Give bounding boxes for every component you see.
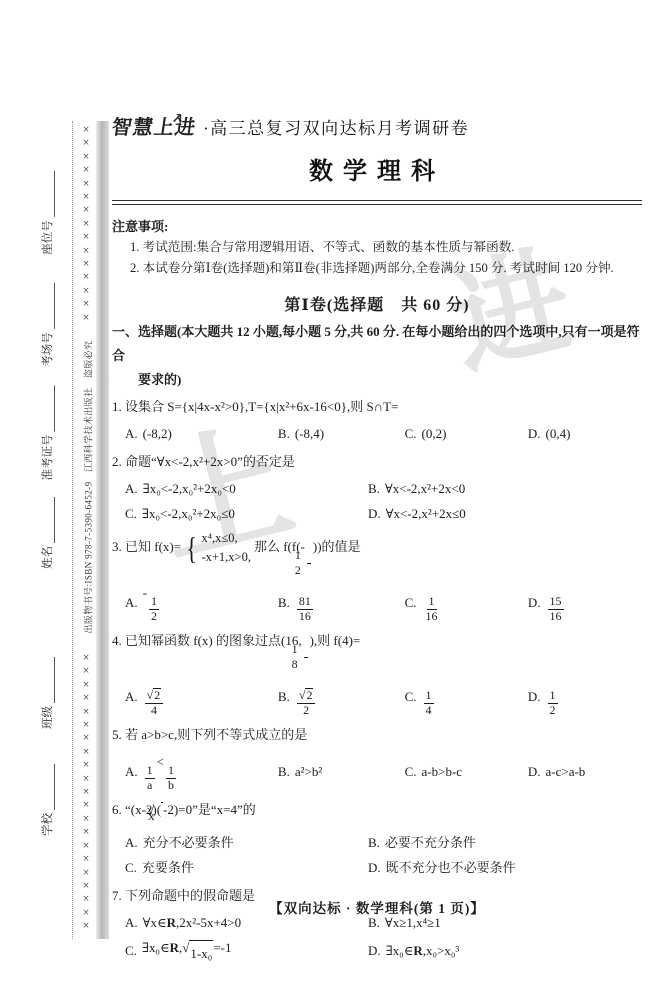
main-content: 智慧上进 ↗ ·高三总复习双向达标月考调研卷 数学理科 注意事项: 1. 考试范… [112,112,642,969]
question-stem: 3. 已知 f(x)={x⁴,x≤0,-x+1,x>0,那么 f(f(-12))… [112,529,642,579]
field-座位号: 座位号 [39,171,55,255]
brand-logo-text: 智慧上进 [110,112,198,142]
option-label: B. [368,476,380,501]
option-A: A.(-8,2) [125,421,278,446]
option-label: A. [125,759,138,784]
fraction: 116 [424,595,440,624]
cross-mark: × [79,151,93,164]
option-label: D. [528,590,541,615]
options-grid: A.√24B.√22C.14D.12 [112,674,642,719]
sqrt-radical: √2 [299,688,314,703]
sqrt-radical: √1-x₀ [182,940,213,966]
cross-mark: × [79,137,93,150]
option-text: ∃x₀<-2,x₀²+2x₀<0 [143,476,236,501]
fraction: 8116 [297,595,313,624]
option-label: B. [278,759,290,784]
option-C: C.(0,2) [405,421,528,446]
question-2: 2. 命题“∀x<-2,x²+2x>0”的否定是A.∃x₀<-2,x₀²+2x₀… [112,449,642,526]
field-label: 班级 [39,706,55,729]
cross-mark: × [79,920,93,933]
option-label: D. [528,759,541,784]
option-text: 116 [422,580,442,625]
field-学校: 学校 [39,764,55,836]
cut-marks-column-top: ××××××××××××××× [79,124,93,325]
option-text: (0,2) [422,421,447,446]
option-D: D.12 [528,674,642,719]
field-考场号: 考场号 [39,283,55,367]
subject-title: 数学理科 [112,151,642,186]
fraction: 12 [149,595,159,624]
option-text: ∀x<-2,x²+2x≤0 [386,501,466,526]
cross-mark: × [79,853,93,866]
fill-in-blank [41,764,55,810]
section-title: 第Ⅰ卷(选择题 共 60 分) [112,292,642,315]
cross-mark: × [79,191,93,204]
option-text: 14 [422,674,436,719]
notice-title: 注意事项: [112,217,642,237]
option-text: 1516 [546,580,566,625]
exam-series-title: ·高三总复习双向达标月考调研卷 [203,114,469,144]
field-准考证号: 准考证号 [39,386,55,481]
options-grid: A.1a<1bB.a²>b²C.a-b>b-cD.a-c>a-b [112,749,642,794]
fill-in-blank [41,171,55,217]
option-label: D. [368,855,381,880]
option-A: A.充分不必要条件 [125,830,368,855]
option-text: 12 [546,674,560,719]
field-label: 学校 [39,813,55,836]
cross-mark: × [79,285,93,298]
cross-mark: × [79,773,93,786]
option-D: D.(0,4) [528,421,642,446]
fill-in-blank [41,386,55,432]
cross-mark: × [79,746,93,759]
option-C: C.116 [405,580,528,625]
option-text: (-8,4) [295,421,324,446]
question-stem: 4. 已知幂函数 f(x) 的图象过点(16,18),则 f(4)= [112,628,642,673]
cross-mark: × [79,218,93,231]
field-班级: 班级 [39,657,55,729]
field-姓名: 姓名 [39,497,55,569]
option-label: A. [125,684,138,709]
section-instructions-line1: 一、选择题(本大题共 12 小题,每小题 5 分,共 60 分. 在每小题给出的… [112,320,642,368]
option-text: √22 [295,674,318,719]
cut-marks-column-bottom: ××××××××××××××××××××× [79,652,93,934]
options-grid: A.充分不必要条件B.必要不充分条件C.充要条件D.既不充分也不必要条件 [112,830,642,880]
option-B: B.∀x<-2,x²+2x<0 [368,476,642,501]
fraction: 1b [166,764,176,793]
option-B: B.a²>b² [278,749,405,794]
sqrt-radical: √2 [147,688,162,703]
option-label: A. [125,421,138,446]
piecewise-function: {x⁴,x≤0,-x+1,x>0, [184,529,251,567]
field-label: 姓名 [39,546,55,569]
cross-mark: × [79,840,93,853]
fraction: 12 [548,689,558,718]
option-label: B. [278,590,290,615]
field-label: 准考证号 [39,435,55,481]
option-text: √24 [143,674,166,719]
option-label: C. [125,855,137,880]
sqrt-radical: √x [161,802,163,829]
option-text: 充要条件 [142,855,194,880]
fill-in-blank [41,657,55,703]
option-D: D.a-c>a-b [528,749,642,794]
option-label: A. [125,476,138,501]
option-label: B. [278,421,290,446]
cross-mark: × [79,178,93,191]
fraction: √24 [145,688,164,718]
option-B: B.8116 [278,580,405,625]
option-text: ∃x₀∈R,√1-x₀=-1 [142,935,232,966]
perforation-dotted-line [72,121,73,939]
cross-mark: × [79,826,93,839]
option-C: C.∃x₀<-2,x₀²+2x₀≤0 [125,501,368,526]
question-stem: 6. “(x-2)(√x-2)=0”是“x=4”的 [112,797,642,829]
option-label: C. [405,684,417,709]
option-text: 8116 [295,580,315,625]
option-text: a-c>a-b [546,759,586,784]
option-C: C.∃x₀∈R,√1-x₀=-1 [125,935,368,966]
option-text: a²>b² [295,759,322,784]
option-text: 1a<1b [143,749,178,794]
cross-mark: × [79,759,93,772]
option-D: D.∃x₀∈R,x₀>x₀³ [368,935,642,966]
option-D: D.既不充分也不必要条件 [368,855,642,880]
option-D: D.1516 [528,580,642,625]
option-text: 既不充分也不必要条件 [386,855,516,880]
option-label: D. [368,938,381,963]
cross-mark: × [79,786,93,799]
cross-mark: × [79,799,93,812]
question-1: 1. 设集合 S={x|4x-x²>0},T={x|x²+6x-16<0},则 … [112,394,642,446]
brand-logo: 智慧上进 ↗ [112,112,196,145]
cross-mark: × [79,706,93,719]
option-text: (0,4) [546,421,571,446]
cross-mark: × [79,907,93,920]
options-grid: A.∃x₀<-2,x₀²+2x₀<0B.∀x<-2,x²+2x<0C.∃x₀<-… [112,476,642,526]
option-A: A.-12 [125,580,278,625]
cross-mark: × [79,652,93,665]
option-label: D. [528,421,541,446]
fill-in-blank [41,283,55,329]
option-label: C. [125,938,137,963]
fraction: 18 [304,643,308,672]
cross-mark: × [79,880,93,893]
option-label: D. [528,684,541,709]
field-label: 座位号 [39,220,55,255]
fraction: 1a [145,764,155,793]
question-stem: 1. 设集合 S={x|4x-x²>0},T={x|x²+6x-16<0},则 … [112,394,642,420]
option-label: B. [368,830,380,855]
question-5: 5. 若 a>b>c,则下列不等式成立的是A.1a<1bB.a²>b²C.a-b… [112,722,642,794]
question-3: 3. 已知 f(x)={x⁴,x≤0,-x+1,x>0,那么 f(f(-12))… [112,529,642,625]
option-label: C. [405,421,417,446]
option-B: B.(-8,4) [278,421,405,446]
scanned-exam-page: { "page": { "footer": "【双向达标 · 数学理科(第 1 … [0,0,655,999]
fraction: 14 [424,689,434,718]
cross-mark: × [79,813,93,826]
logo-arrow-icon: ↗ [171,104,183,134]
option-text: (-8,2) [143,421,172,446]
option-A: A.√24 [125,674,278,719]
option-text: ∃x₀<-2,x₀²+2x₀≤0 [142,501,235,526]
cross-mark: × [79,665,93,678]
option-label: D. [368,501,381,526]
cross-mark: × [79,245,93,258]
fraction: √22 [297,688,316,718]
cross-mark: × [79,231,93,244]
question-stem: 5. 若 a>b>c,则下列不等式成立的是 [112,722,642,748]
question-6: 6. “(x-2)(√x-2)=0”是“x=4”的A.充分不必要条件B.必要不充… [112,797,642,880]
option-label: C. [405,590,417,615]
option-text: 必要不充分条件 [385,830,476,855]
options-grid: A.∀x∈R,2x²-5x+4>0B.∀x≥1,x⁴≥1C.∃x₀∈R,√1-x… [112,910,642,966]
option-label: B. [278,684,290,709]
cross-mark: × [79,893,93,906]
option-text: ∀x<-2,x²+2x<0 [385,476,465,501]
publisher-isbn-line: 出版物书号:ISBN 978-7-5390-6452-9 江西科学技术出版社 盗… [82,341,95,634]
option-label: A. [125,830,138,855]
header: 智慧上进 ↗ ·高三总复习双向达标月考调研卷 [112,112,642,145]
field-label: 考场号 [39,332,55,367]
section-instructions-line2: 要求的) [112,368,642,392]
binding-shadow-band [96,121,109,939]
fraction: 1516 [548,595,564,624]
fraction: 12 [307,549,311,578]
options-grid: A.-12B.8116C.116D.1516 [112,580,642,625]
option-B: B.必要不充分条件 [368,830,642,855]
notice-item-1: 1. 考试范围:集合与常用逻辑用语、不等式、函数的基本性质与幂函数. [112,237,642,258]
option-C: C.14 [405,674,528,719]
cross-mark: × [79,732,93,745]
option-C: C.充要条件 [125,855,368,880]
option-label: C. [125,501,137,526]
option-label: A. [125,590,138,615]
option-D: D.∀x<-2,x²+2x≤0 [368,501,642,526]
cross-mark: × [79,164,93,177]
cross-mark: × [79,124,93,137]
option-C: C.a-b>b-c [405,749,528,794]
option-text: -12 [143,580,161,625]
cross-mark: × [79,719,93,732]
question-7: 7. 下列命题中的假命题是A.∀x∈R,2x²-5x+4>0B.∀x≥1,x⁴≥… [112,883,642,966]
option-A: A.1a<1b [125,749,278,794]
cross-mark: × [79,679,93,692]
fill-in-blank [41,497,55,543]
question-stem: 2. 命题“∀x<-2,x²+2x>0”的否定是 [112,449,642,475]
cross-mark: × [79,312,93,325]
cross-mark: × [79,271,93,284]
cross-mark: × [79,298,93,311]
notice-item-2: 2. 本试卷分第Ⅰ卷(选择题)和第Ⅱ卷(非选择题)两部分,全卷满分 150 分.… [112,258,642,279]
option-B: B.√22 [278,674,405,719]
options-grid: A.(-8,2)B.(-8,4)C.(0,2)D.(0,4) [112,421,642,446]
cross-mark: × [79,204,93,217]
cross-mark: × [79,258,93,271]
option-A: A.∃x₀<-2,x₀²+2x₀<0 [125,476,368,501]
option-text: ∃x₀∈R,x₀>x₀³ [386,938,460,963]
cross-mark: × [79,867,93,880]
header-divider [112,200,642,205]
cross-mark: × [79,692,93,705]
question-4: 4. 已知幂函数 f(x) 的图象过点(16,18),则 f(4)=A.√24B… [112,628,642,719]
option-text: a-b>b-c [422,759,463,784]
page-footer: 【双向达标 · 数学理科(第 1 页)】 [112,897,642,917]
question-list: 1. 设集合 S={x|4x-x²>0},T={x|x²+6x-16<0},则 … [112,394,642,966]
option-label: C. [405,759,417,784]
option-text: 充分不必要条件 [143,830,234,855]
